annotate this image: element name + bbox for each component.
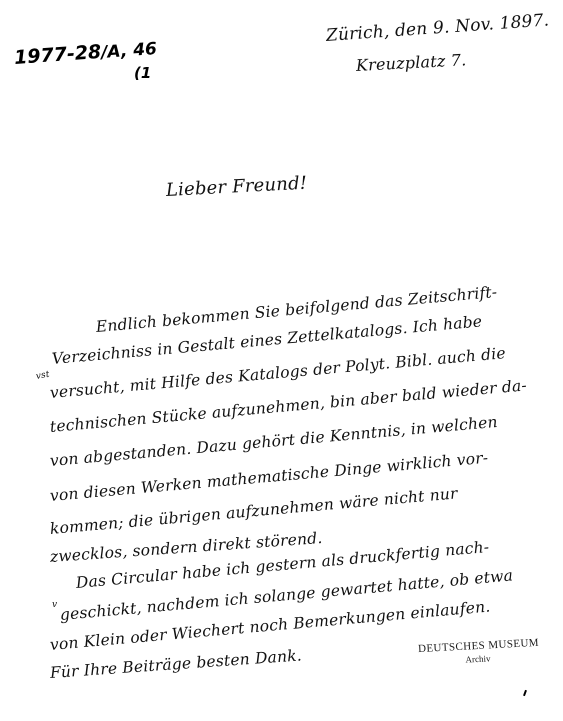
place-date: Zürich, den 9. Nov. 1897. xyxy=(325,10,550,46)
letter-page: 1977-28/A, 46 (1 Zürich, den 9. Nov. 189… xyxy=(0,0,563,721)
reference-suffix: /A, 46 xyxy=(101,39,158,63)
body-line-12: Für Ihre Beiträge besten Dank. xyxy=(49,646,302,682)
salutation: Lieber Freund! xyxy=(165,173,307,201)
margin-note: vst xyxy=(35,370,50,382)
address: Kreuzplatz 7. xyxy=(356,50,467,75)
scan-speck xyxy=(523,690,527,696)
reference-sub: (1 xyxy=(134,64,151,82)
reference-main: 1977-28 xyxy=(13,41,102,69)
margin-note-2: v xyxy=(52,600,57,610)
archive-stamp: DEUTSCHES MUSEUM Archiv xyxy=(418,640,538,664)
